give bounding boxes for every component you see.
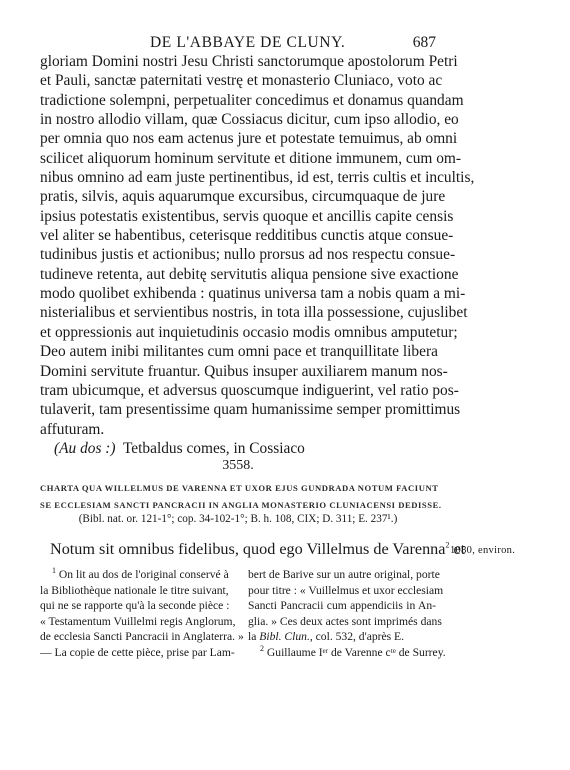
footnote-line: — La copie de cette pièce, prise par Lam… [40,645,228,661]
endorsement-text: Tetbaldus comes, in Cossiaco [123,440,305,457]
footnote-line: de ecclesia Sancti Pancracii in Anglater… [40,629,228,645]
body-line: gloriam Domini nostri Jesu Christi sanct… [40,52,436,71]
body-line: Domini servitute fruantur. Quibus insupe… [40,362,436,381]
body-line: tram ubicumque, et adversus quoscumque i… [40,381,436,400]
running-title: DE L'ABBAYE DE CLUNY. [150,34,345,52]
endorsement: (Au dos :) Tetbaldus comes, in Cossiaco [40,439,436,458]
endorsement-label: (Au dos :) [54,440,116,457]
footnote-ref[interactable]: 2 [445,541,449,550]
footnote-text: , col. 532, d'après E. [310,630,404,643]
charter-title-line: SE ECCLESIAM SANCTI PANCRACII IN ANGLIA … [40,497,436,514]
charter-number: 3558. [0,458,476,474]
footnote-line: « Testamentum Vuillelmi regis Anglorum, [40,614,228,630]
footnote-marker: 2 [260,644,264,653]
document-page: DE L'ABBAYE DE CLUNY. 687 gloriam Domini… [0,0,570,770]
footnote-line: 2 Guillaume Iᵉʳ de Varenne cᵗᵉ de Surrey… [248,645,436,661]
footnote-text: On lit au dos de l'original conservé à [59,568,229,581]
body-line: nisterialibus et servientibus nostris, i… [40,303,436,322]
footnote-line: qui ne se rapporte qu'à la seconde pièce… [40,598,228,614]
body-line: scilicet aliquorum hominum servitute et … [40,149,436,168]
body-line: modo quolibet exhibenda : quatinus unive… [40,284,436,303]
body-line: tradictione solempni, perpetualiter conc… [40,91,436,110]
body-line: affuturam. [40,420,436,439]
margin-date: 1080, environ. [450,545,515,556]
body-line: Deo autem inibi militantes cum omni pace… [40,342,436,361]
footnote-line: pour titre : « Vuillelmus et uxor eccles… [248,583,436,599]
running-head: DE L'ABBAYE DE CLUNY. 687 [40,34,436,54]
body-line: tudinibus justis et actionibus; nullo pr… [40,245,436,264]
footnote-line: 1 On lit au dos de l'original conservé à [40,567,228,583]
footnote-line: Sancti Pancracii cum appendiciis in An- [248,598,436,614]
body-line: pratis, silvis, aquis aquarumque excursi… [40,187,436,206]
body-line: vel aliter se habentibus, ceterisque red… [40,226,436,245]
charter-opening: Notum sit omnibus fidelibus, quod ego Vi… [50,540,436,559]
charter-title: CHARTA QUA WILLELMUS DE VARENNA ET UXOR … [40,480,436,514]
body-line: et Pauli, sanctæ paternitati vestrę et m… [40,71,436,90]
opening-text: Notum sit omnibus fidelibus, quod ego Vi… [50,540,445,558]
footnote-line: la Bibl. Clun., col. 532, d'après E. [248,629,436,645]
body-text: gloriam Domini nostri Jesu Christi sanct… [40,52,436,458]
body-line: ipsius potestatis existentibus, servis q… [40,207,436,226]
page-number: 687 [413,34,436,52]
body-line: et oppressionis aut inquietudinis occasi… [40,323,436,342]
footnote-text: la [248,630,256,643]
footnotes-left-column: 1 On lit au dos de l'original conservé à… [40,567,228,661]
citation-title: Bibl. Clun. [259,630,310,643]
body-line: in nostro allodio villam, quæ Cossiacus … [40,110,436,129]
body-line: nibus omnino ad eam juste pertinentibus,… [40,168,436,187]
footnote-line: bert de Barive sur un autre original, po… [248,567,436,583]
charter-sources: (Bibl. nat. or. 121-1°; cop. 34-102-1°; … [40,513,436,525]
footnote-text: Guillaume Iᵉʳ de Varenne cᵗᵉ de Surrey. [267,646,446,659]
footnotes-right-column: bert de Barive sur un autre original, po… [248,567,436,661]
body-line: tulaverit, tam presentissime quam humani… [40,400,436,419]
charter-title-line: CHARTA QUA WILLELMUS DE VARENNA ET UXOR … [40,480,436,497]
body-line: tudineve retenta, aut debitę servitutis … [40,265,436,284]
footnote-marker: 1 [52,566,56,575]
footnote-line: glia. » Ces deux actes sont imprimés dan… [248,614,436,630]
body-line: per omnia quo nos eam actenus jure et po… [40,129,436,148]
footnote-line: la Bibliothèque nationale le titre suiva… [40,583,228,599]
